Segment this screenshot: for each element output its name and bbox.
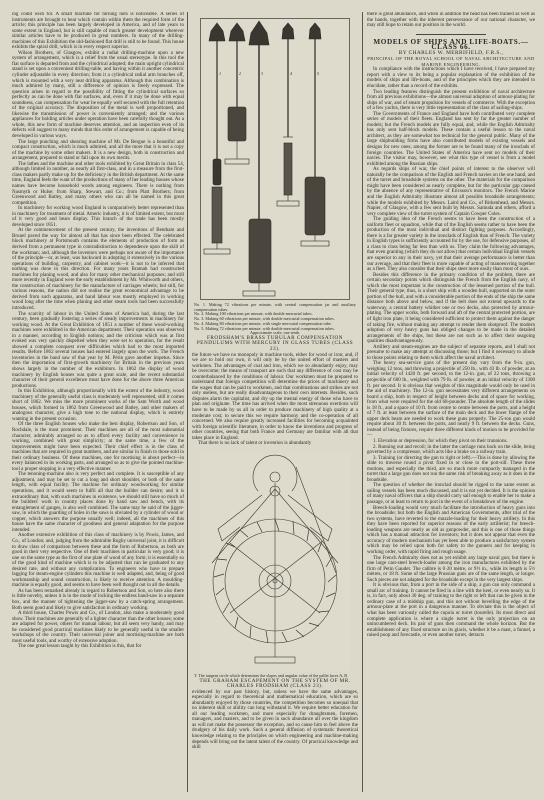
paragraph: At the commencement of the present centu…: [12, 228, 184, 311]
column-divider: [187, 12, 188, 792]
paragraph: The French Admiralty does not as yet exh…: [367, 556, 535, 584]
paragraph: The question of whether the ironclad sho…: [367, 483, 535, 505]
pendulum-label-3: 3: [261, 71, 263, 76]
paragraph: The heavy sea-service guns of the presen…: [367, 361, 535, 439]
paragraph: The guiding idea of the French seems to …: [367, 217, 535, 272]
figure-title: FRODSHAM'S BRASS TUBULAR COMPENSATION PE…: [192, 336, 358, 353]
escapement-engraving: [200, 453, 350, 671]
paragraph: ing could wish for. A small machine for …: [12, 12, 184, 51]
escapement-illustration: [200, 453, 350, 671]
paragraph: the future we have no monopoly in machin…: [192, 353, 358, 442]
paragraph: there is great abundance, and when in ad…: [367, 12, 535, 29]
pendulum-label-4: 4: [290, 71, 292, 76]
paragraph: That there is no lack of talent or inven…: [192, 441, 358, 447]
paragraph: Another extensive exhibition of this cla…: [12, 533, 184, 588]
column-divider: [362, 12, 363, 792]
paragraph: evidenced by our past history, but, unle…: [192, 690, 358, 751]
paragraph: Artillery and steam-engines are the subj…: [367, 345, 535, 362]
paragraph: Two leading features distinguish the pre…: [367, 90, 535, 112]
list-item: 2. Running out and recoil; in the latter…: [367, 445, 535, 456]
paragraph: The Governments of France and England ha…: [367, 112, 535, 167]
paragraph: Breech-loading would very much facilitat…: [367, 506, 535, 556]
pendulums-illustration: 1 2 3 4 5: [200, 18, 350, 300]
column-2: 1 2 3 4 5 No. 1. Making 72 vibrations pe…: [192, 12, 358, 792]
paragraph: As has been remarked already in regard t…: [12, 589, 184, 611]
column-1: ing could wish for. A small machine for …: [12, 12, 184, 792]
paragraph: It is obvious that, from a port in the s…: [367, 583, 535, 638]
pendulums-engraving: 1 2 3 4 5: [201, 19, 349, 299]
paragraph: As regards ships of war, the chief point…: [367, 167, 535, 217]
section-divider: [416, 34, 486, 35]
paragraph: In machinery for working wood England is…: [12, 206, 184, 228]
figure-title: THE GRAHAM ESCAPEMENT ON THE SYSTEM OF M…: [192, 679, 358, 690]
paragraph: Of the three English houses who make the…: [12, 422, 184, 472]
paragraph: Wilson Brothers, of Glasgow, exhibit a r…: [12, 51, 184, 140]
paragraph: The tenoning-machine also is very perfec…: [12, 472, 184, 533]
pendulum-label-1: 1: [219, 71, 221, 76]
list-item: 3. Training (or directing the gun to rig…: [367, 456, 535, 484]
paragraph: Besides this difference in the primary c…: [367, 273, 535, 345]
paragraph: A third house, Charles Powis and Co., of…: [12, 611, 184, 644]
pendulum-label-2: 2: [239, 71, 241, 76]
newspaper-page: ing could wish for. A small machine for …: [0, 0, 544, 800]
column-3: there is great abundance, and when in ad…: [367, 12, 535, 792]
paragraph: In this Exhibition, although proportiona…: [12, 389, 184, 422]
paragraph: The scarcity of labour in the United Sta…: [12, 312, 184, 390]
pendulum-label-5: 5: [317, 71, 319, 76]
paragraph: The large punching and shearing machine …: [12, 140, 184, 162]
paragraph: The lathes and the machine and other too…: [12, 162, 184, 206]
paragraph: The one great lesson taught by this Exhi…: [12, 644, 184, 650]
paragraph: In compliance with the instructions whic…: [367, 67, 535, 89]
